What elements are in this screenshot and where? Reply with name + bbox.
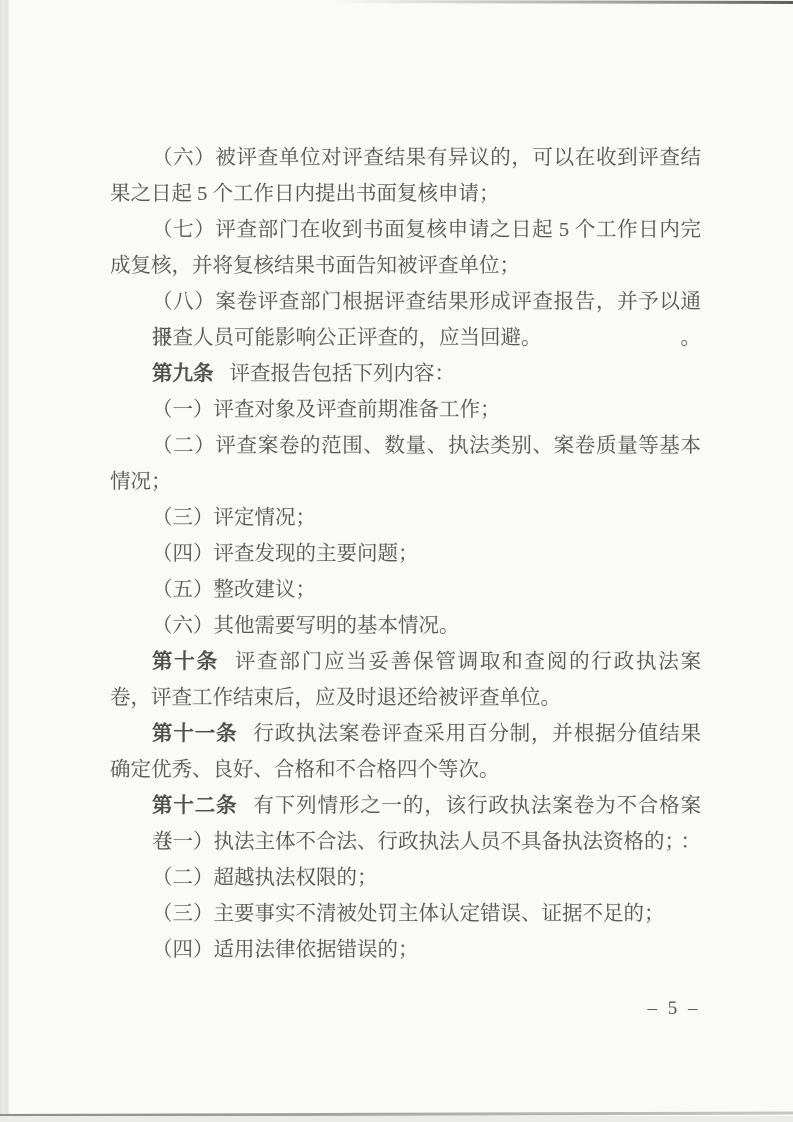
text-line: 第十一条行政执法案卷评查采用百分制，并根据分值结果 — [110, 716, 701, 752]
text-line: （二）超越执法权限的； — [110, 860, 701, 896]
article-number: 第十二条 — [152, 794, 237, 817]
text-line: （六）其他需要写明的基本情况。 — [110, 608, 701, 644]
article-number: 第九条 — [152, 362, 214, 385]
scan-bottom-strip-artifact — [0, 1116, 793, 1122]
text-line: 第十条评查部门应当妥善保管调取和查阅的行政执法案 — [110, 644, 701, 680]
text-line: 确定优秀、良好、合格和不合格四个等次。 — [110, 752, 701, 788]
scan-top-edge-artifact — [333, 0, 793, 4]
text-line: 第十二条有下列情形之一的，该行政执法案卷为不合格案卷： — [110, 788, 701, 824]
line-text: 评查报告包括下列内容： — [230, 363, 456, 385]
line-text: 行政执法案卷评查采用百分制，并根据分值结果 — [253, 723, 701, 745]
text-line: （六）被评查单位对评查结果有异议的，可以在收到评查结 — [110, 140, 701, 176]
article-number: 第十条 — [152, 650, 219, 673]
text-line: （八）案卷评查部门根据评查结果形成评查报告，并予以通报。 — [110, 284, 701, 320]
text-line: 成复核，并将复核结果书面告知被评查单位； — [110, 248, 701, 284]
scan-left-edge-artifact — [0, 0, 10, 1122]
scanned-document-page: （六）被评查单位对评查结果有异议的，可以在收到评查结果之日起 5 个工作日内提出… — [0, 0, 793, 1122]
text-line: （二）评查案卷的范围、数量、执法类别、案卷质量等基本 — [110, 428, 701, 464]
text-line: （五）整改建议； — [110, 572, 701, 608]
text-line: 第九条评查报告包括下列内容： — [110, 356, 701, 392]
text-line: （三）主要事实不清被处罚主体认定错误、证据不足的； — [110, 896, 701, 932]
text-line: （一）执法主体不合法、行政执法人员不具备执法资格的； — [110, 824, 701, 860]
text-line: 果之日起 5 个工作日内提出书面复核申请； — [110, 176, 701, 212]
text-line: （一）评查对象及评查前期准备工作； — [110, 392, 701, 428]
text-line: 情况； — [110, 464, 701, 500]
text-line: 卷，评查工作结束后，应及时退还给被评查单位。 — [110, 680, 701, 716]
text-line: （三）评定情况； — [110, 500, 701, 536]
text-line: （四）评查发现的主要问题； — [110, 536, 701, 572]
document-text-block: （六）被评查单位对评查结果有异议的，可以在收到评查结果之日起 5 个工作日内提出… — [110, 140, 701, 968]
text-line: （四）适用法律依据错误的； — [110, 932, 701, 968]
text-line: （七）评查部门在收到书面复核申请之日起 5 个工作日内完 — [110, 212, 701, 248]
line-text: 评查部门应当妥善保管调取和查阅的行政执法案 — [235, 651, 701, 673]
article-number: 第十一条 — [152, 722, 237, 745]
page-number: – 5 – — [636, 998, 712, 1020]
